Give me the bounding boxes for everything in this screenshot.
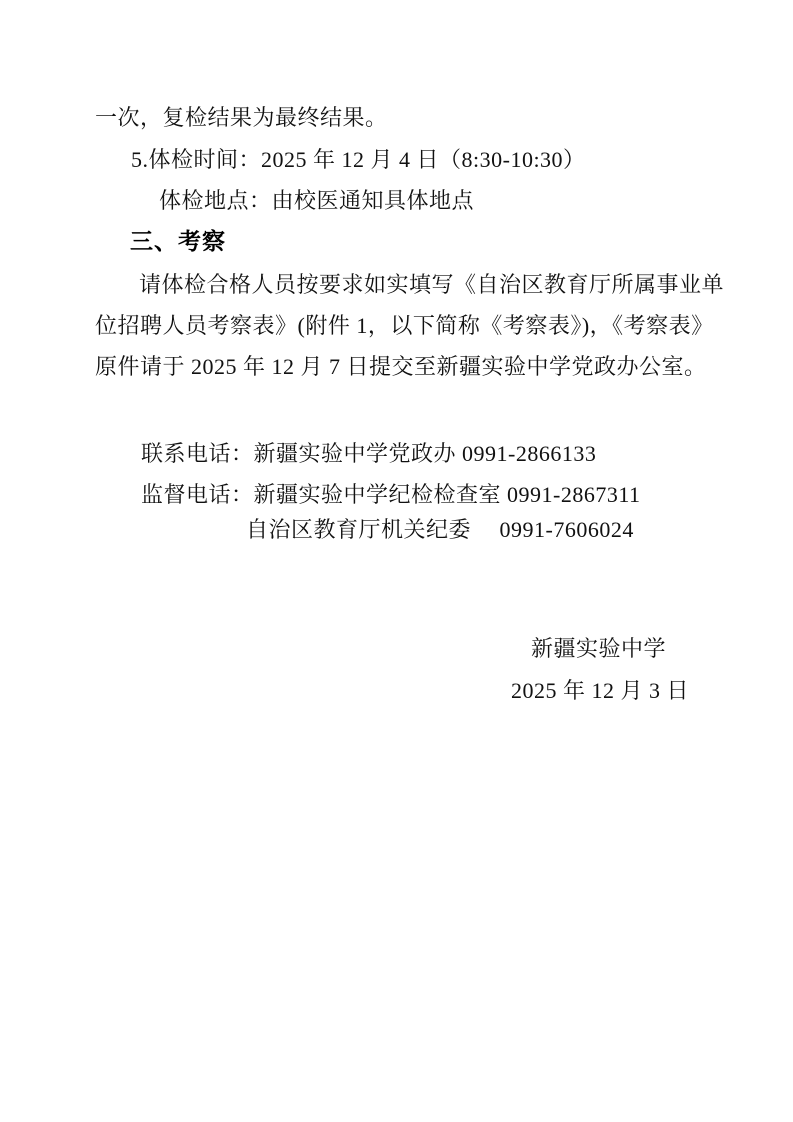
exam-location-line: 体检地点：由校医通知具体地点	[159, 190, 474, 212]
inspection-paragraph-line: 请体检合格人员按要求如实填写《自治区教育厅所属事业单	[139, 274, 724, 296]
signature-organization: 新疆实验中学	[531, 638, 666, 660]
signature-date: 2025 年 12 月 3 日	[511, 680, 689, 702]
supervision-phone-line-2: 自治区教育厅机关纪委 0991-7606024	[246, 519, 634, 541]
document-page: 一次，复检结果为最终结果。 5.体检时间：2025 年 12 月 4 日（8:3…	[0, 0, 793, 1122]
inspection-paragraph-line: 位招聘人员考察表》(附件 1，以下简称《考察表》)，《考察表》	[95, 315, 714, 337]
inspection-paragraph-line: 原件请于 2025 年 12 月 7 日提交至新疆实验中学党政办公室。	[95, 356, 707, 378]
section-heading-inspection: 三、考察	[130, 230, 226, 253]
exam-time-line: 5.体检时间：2025 年 12 月 4 日（8:30-10:30）	[131, 149, 586, 171]
supervision-phone-line-1: 监督电话：新疆实验中学纪检检查室 0991-2867311	[141, 484, 641, 506]
contact-phone-line: 联系电话：新疆实验中学党政办 0991-2866133	[141, 443, 596, 465]
recheck-result-line: 一次，复检结果为最终结果。	[95, 107, 388, 129]
